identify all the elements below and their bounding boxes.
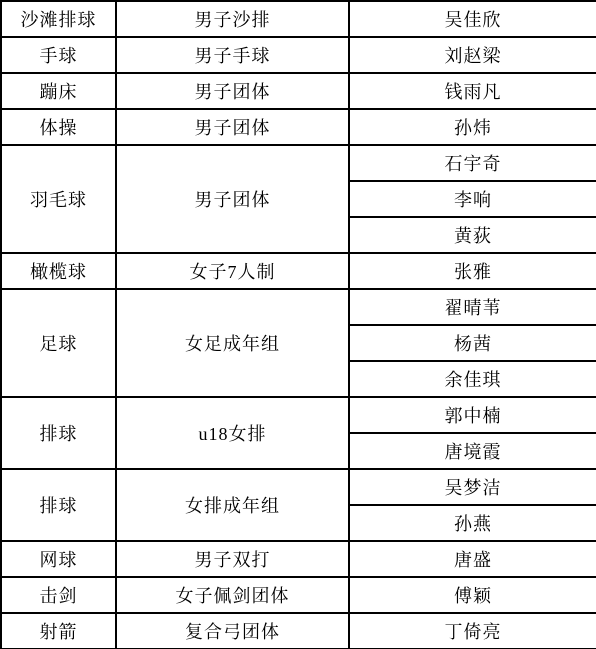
athlete-cell: 刘赵梁 [349,37,596,73]
sport-cell: 沙滩排球 [1,1,116,37]
sport-cell: 体操 [1,109,116,145]
table-row: 射箭复合弓团体丁倚亮 [1,613,596,649]
page: 沙滩排球男子沙排吴佳欣手球男子手球刘赵梁蹦床男子团体钱雨凡体操男子团体孙炜羽毛球… [0,0,596,649]
athlete-cell: 余佳琪 [349,361,596,397]
table-row: 羽毛球男子团体石宇奇 [1,145,596,181]
athlete-cell: 杨茜 [349,325,596,361]
event-cell: 女排成年组 [116,469,349,541]
athlete-cell: 李响 [349,181,596,217]
sport-cell: 橄榄球 [1,253,116,289]
sports-roster-table: 沙滩排球男子沙排吴佳欣手球男子手球刘赵梁蹦床男子团体钱雨凡体操男子团体孙炜羽毛球… [0,0,596,649]
athlete-cell: 黄荻 [349,217,596,253]
athlete-cell: 唐盛 [349,541,596,577]
event-cell: 男子手球 [116,37,349,73]
sport-cell: 网球 [1,541,116,577]
sport-cell: 射箭 [1,613,116,649]
table-row: 橄榄球女子7人制张雅 [1,253,596,289]
table-row: 沙滩排球男子沙排吴佳欣 [1,1,596,37]
athlete-cell: 唐境霞 [349,433,596,469]
athlete-cell: 钱雨凡 [349,73,596,109]
table-row: 排球u18女排郭中楠 [1,397,596,433]
athlete-cell: 郭中楠 [349,397,596,433]
event-cell: 男子团体 [116,73,349,109]
event-cell: 女子佩剑团体 [116,577,349,613]
athlete-cell: 吴梦洁 [349,469,596,505]
sport-cell: 击剑 [1,577,116,613]
table-row: 体操男子团体孙炜 [1,109,596,145]
event-cell: 男子团体 [116,145,349,253]
event-cell: 男子双打 [116,541,349,577]
event-cell: 女子7人制 [116,253,349,289]
athlete-cell: 丁倚亮 [349,613,596,649]
sport-cell: 排球 [1,469,116,541]
event-cell: 男子团体 [116,109,349,145]
sport-cell: 蹦床 [1,73,116,109]
table-row: 网球男子双打唐盛 [1,541,596,577]
event-cell: 复合弓团体 [116,613,349,649]
athlete-cell: 石宇奇 [349,145,596,181]
table-row: 足球女足成年组翟晴苇 [1,289,596,325]
sport-cell: 足球 [1,289,116,397]
table-row: 蹦床男子团体钱雨凡 [1,73,596,109]
sport-cell: 手球 [1,37,116,73]
athlete-cell: 傅颖 [349,577,596,613]
table-row: 手球男子手球刘赵梁 [1,37,596,73]
event-cell: 女足成年组 [116,289,349,397]
athlete-cell: 张雅 [349,253,596,289]
sport-cell: 排球 [1,397,116,469]
athlete-cell: 翟晴苇 [349,289,596,325]
table-row: 击剑女子佩剑团体傅颖 [1,577,596,613]
event-cell: u18女排 [116,397,349,469]
athlete-cell: 孙燕 [349,505,596,541]
athlete-cell: 孙炜 [349,109,596,145]
athlete-cell: 吴佳欣 [349,1,596,37]
event-cell: 男子沙排 [116,1,349,37]
table-row: 排球女排成年组吴梦洁 [1,469,596,505]
table-body: 沙滩排球男子沙排吴佳欣手球男子手球刘赵梁蹦床男子团体钱雨凡体操男子团体孙炜羽毛球… [1,1,596,649]
sport-cell: 羽毛球 [1,145,116,253]
